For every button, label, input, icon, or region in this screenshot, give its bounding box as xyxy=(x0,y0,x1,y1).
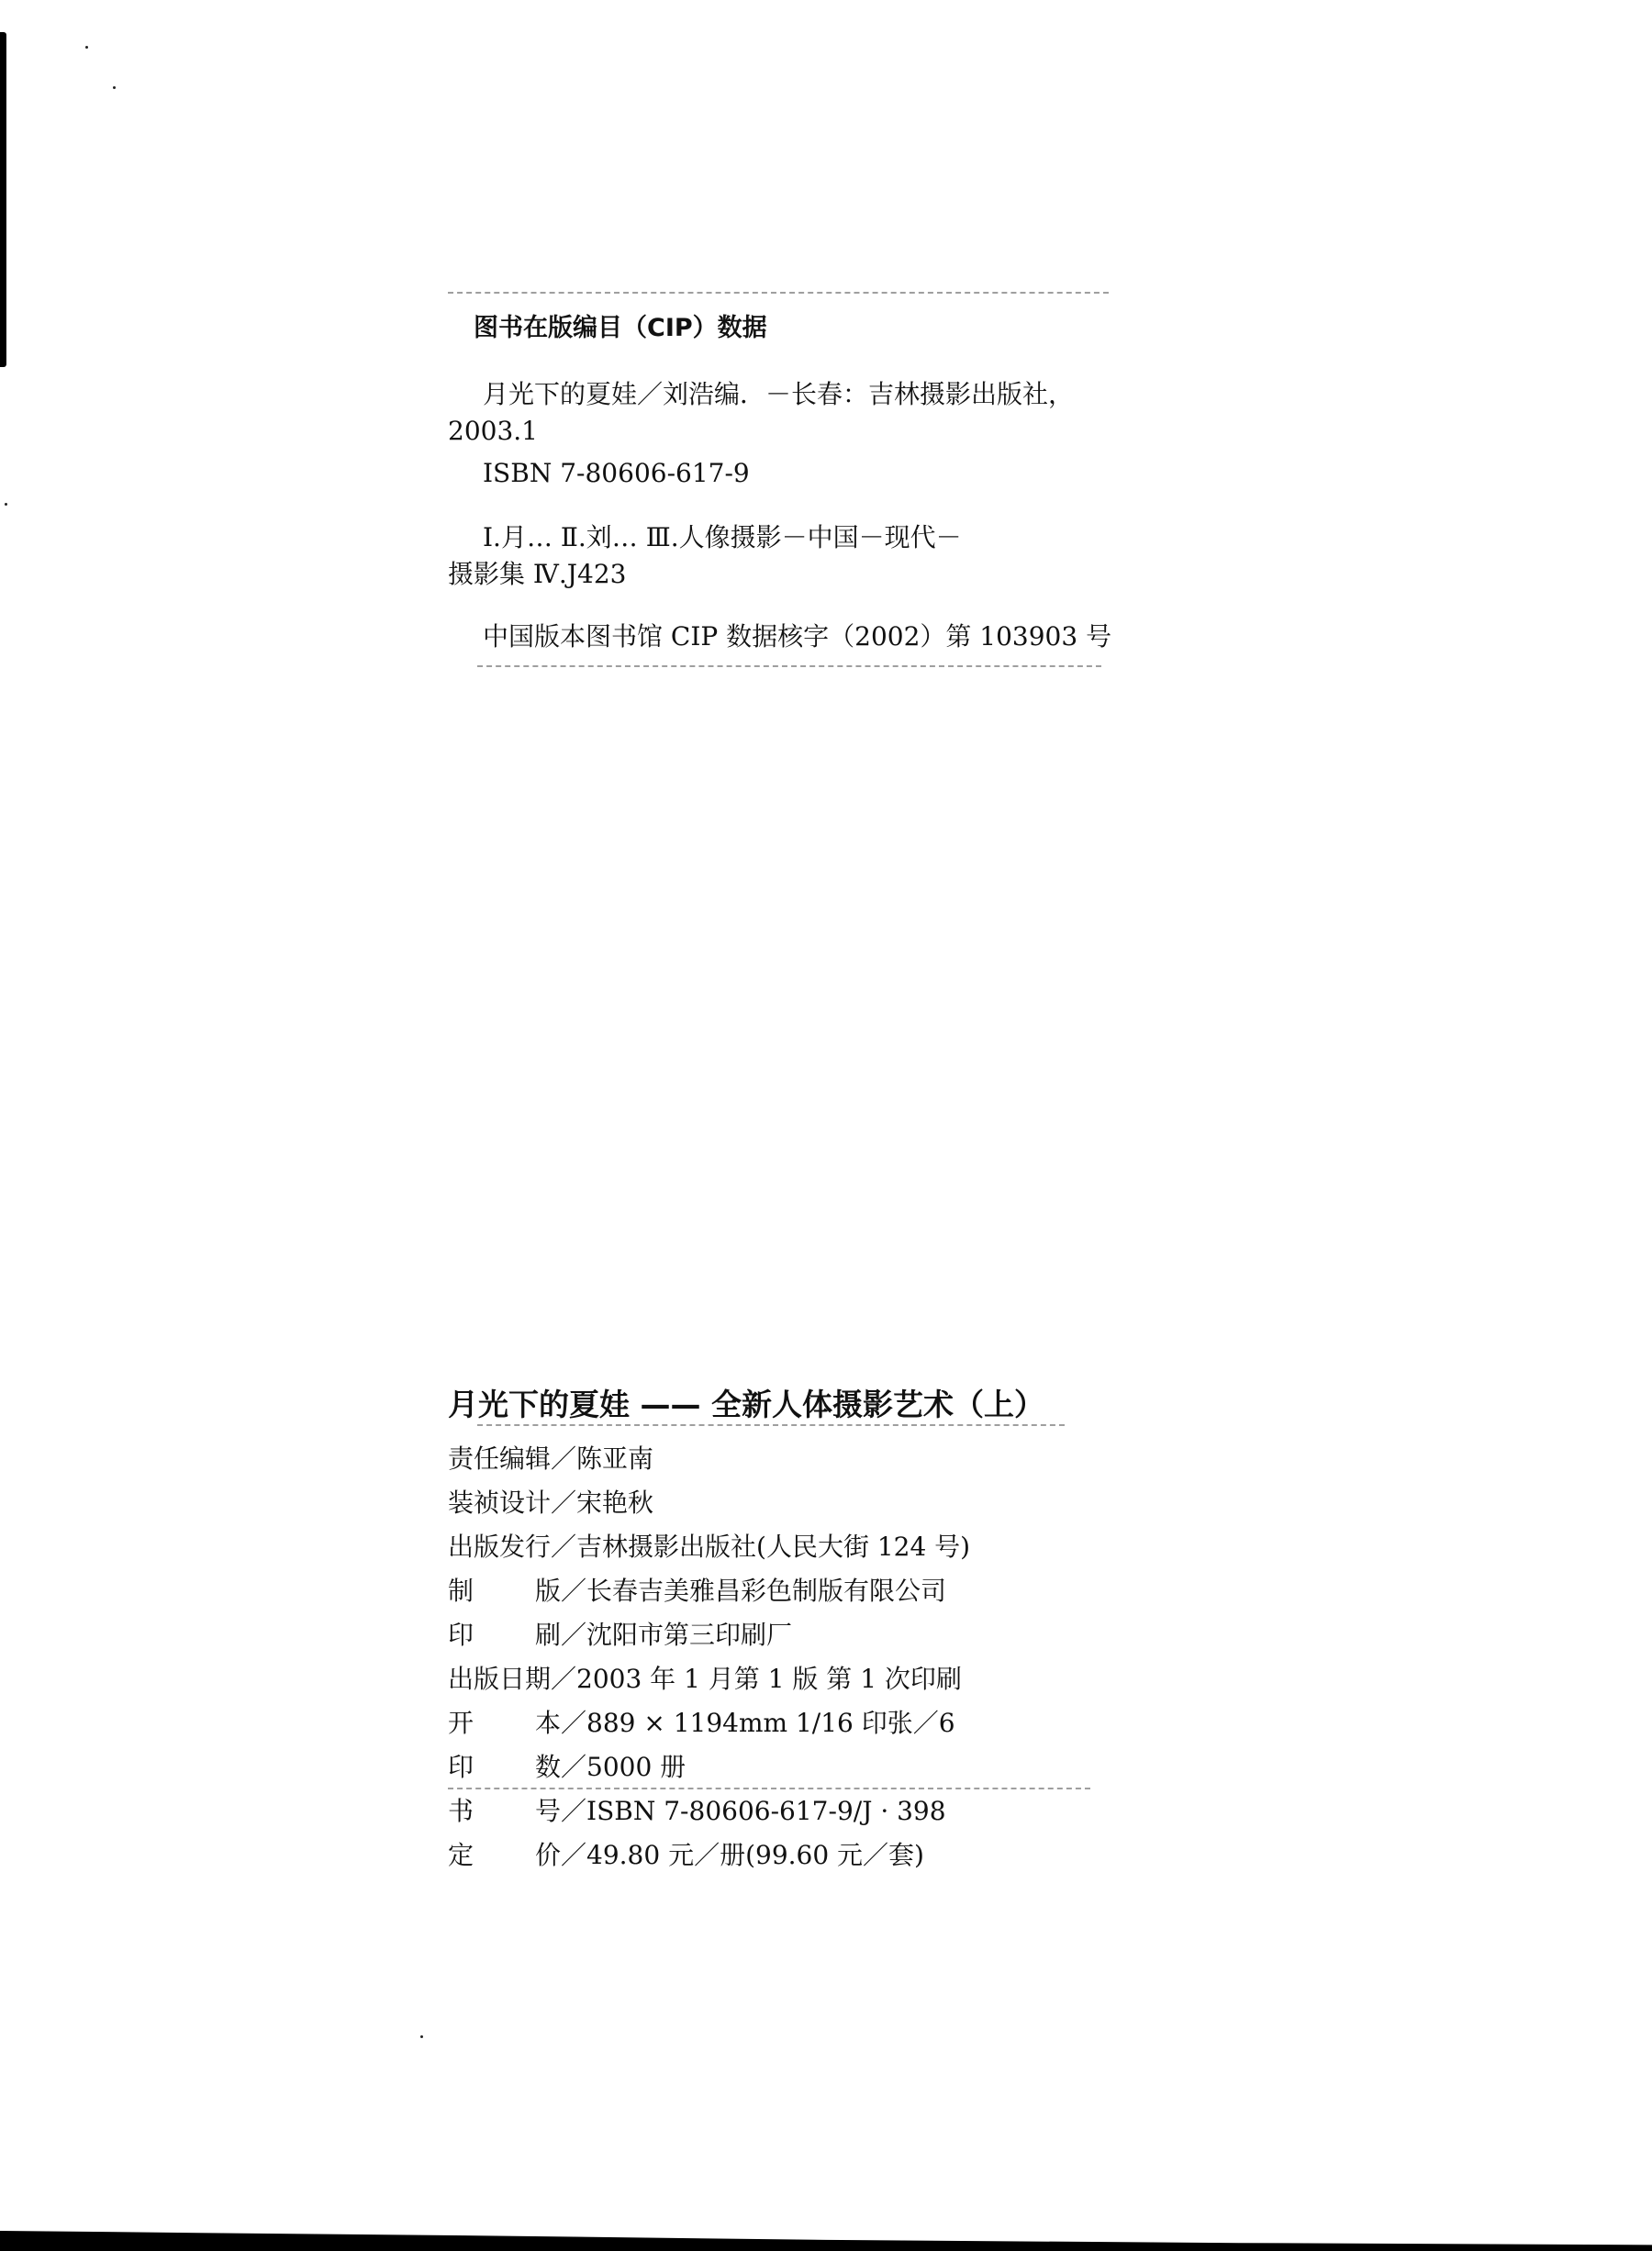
colophon-row-design: 装祯设计 ／宋艳秋 xyxy=(448,1481,1145,1525)
row-label-tail: 本 xyxy=(535,1701,561,1745)
cip-subjects-line1: Ⅰ.月… Ⅱ.刘… Ⅲ.人像摄影－中国－现代－ xyxy=(448,519,1109,556)
colophon-row-plate: 制 版 ／长春吉美雅昌彩色制版有限公司 xyxy=(448,1569,1145,1613)
cip-isbn: ISBN 7-80606-617-9 xyxy=(448,455,1109,492)
cip-subjects-line2: 摄影集 Ⅳ.J423 xyxy=(448,556,1109,593)
row-label-tail: 数 xyxy=(535,1745,561,1789)
row-label: 出版日期 xyxy=(448,1657,551,1701)
row-label-tail: 版 xyxy=(535,1569,561,1613)
row-value: ／长春吉美雅昌彩色制版有限公司 xyxy=(561,1569,946,1613)
row-value: ／陈亚南 xyxy=(551,1437,653,1481)
scan-edge-left xyxy=(0,32,6,367)
colophon-row-price: 定 价 ／49.80 元／册(99.60 元／套) xyxy=(448,1833,1145,1878)
row-label: 书 xyxy=(448,1789,535,1833)
colophon-row-print-run: 印 数 ／5000 册 xyxy=(448,1745,1145,1789)
colophon-row-date: 出版日期 ／2003 年 1 月第 1 版 第 1 次印刷 xyxy=(448,1657,1145,1701)
cip-entry-line1: 月光下的夏娃／刘浩编．－长春：吉林摄影出版社， xyxy=(448,376,1109,413)
row-value: ／2003 年 1 月第 1 版 第 1 次印刷 xyxy=(551,1657,962,1701)
colophon-row-publisher: 出版发行 ／吉林摄影出版社(人民大街 124 号) xyxy=(448,1525,1145,1569)
cip-verification: 中国版本图书馆 CIP 数据核字（2002）第 103903 号 xyxy=(448,618,1109,655)
colophon-row-editor: 责任编辑 ／陈亚南 xyxy=(448,1437,1145,1481)
row-label: 制 xyxy=(448,1569,535,1613)
row-label: 印 xyxy=(448,1613,535,1657)
cip-heading: 图书在版编目（CIP）数据 xyxy=(474,307,1109,343)
row-label-tail: 价 xyxy=(535,1833,561,1878)
colophon-row-format: 开 本 ／889 × 1194mm 1/16 印张／6 xyxy=(448,1701,1145,1745)
row-label: 装祯设计 xyxy=(448,1481,551,1525)
scan-speck xyxy=(420,2035,423,2038)
cip-data-block: 图书在版编目（CIP）数据 月光下的夏娃／刘浩编．－长春：吉林摄影出版社， 20… xyxy=(448,307,1109,655)
row-value: ／49.80 元／册(99.60 元／套) xyxy=(561,1833,924,1878)
row-label: 开 xyxy=(448,1701,535,1745)
scan-speck xyxy=(5,503,7,506)
cip-top-rule xyxy=(448,292,1109,294)
row-value: ／5000 册 xyxy=(561,1745,686,1789)
row-value: ／ISBN 7-80606-617-9/J · 398 xyxy=(561,1789,946,1833)
row-label: 印 xyxy=(448,1745,535,1789)
row-label: 出版发行 xyxy=(448,1525,551,1569)
row-value: ／宋艳秋 xyxy=(551,1481,653,1525)
scan-edge-bottom xyxy=(0,2231,1652,2251)
colophon-block: 月光下的夏娃 —— 全新人体摄影艺术（上） 责任编辑 ／陈亚南 装祯设计 ／宋艳… xyxy=(448,1381,1145,1878)
scan-speck xyxy=(113,86,116,89)
row-value: ／吉林摄影出版社(人民大街 124 号) xyxy=(551,1525,970,1569)
row-label-tail: 号 xyxy=(535,1789,561,1833)
row-value: ／889 × 1194mm 1/16 印张／6 xyxy=(561,1701,955,1745)
row-label: 定 xyxy=(448,1833,535,1878)
colophon-row-book-number: 书 号 ／ISBN 7-80606-617-9/J · 398 xyxy=(448,1789,1145,1833)
row-value: ／沈阳市第三印刷厂 xyxy=(561,1613,792,1657)
cip-bottom-rule xyxy=(477,665,1101,667)
row-label: 责任编辑 xyxy=(448,1437,551,1481)
book-title: 月光下的夏娃 —— 全新人体摄影艺术（上） xyxy=(448,1381,1145,1424)
cip-entry-line2: 2003.1 xyxy=(448,413,1109,450)
row-label-tail: 刷 xyxy=(535,1613,561,1657)
scan-speck xyxy=(85,46,88,49)
colophon-row-printer: 印 刷 ／沈阳市第三印刷厂 xyxy=(448,1613,1145,1657)
